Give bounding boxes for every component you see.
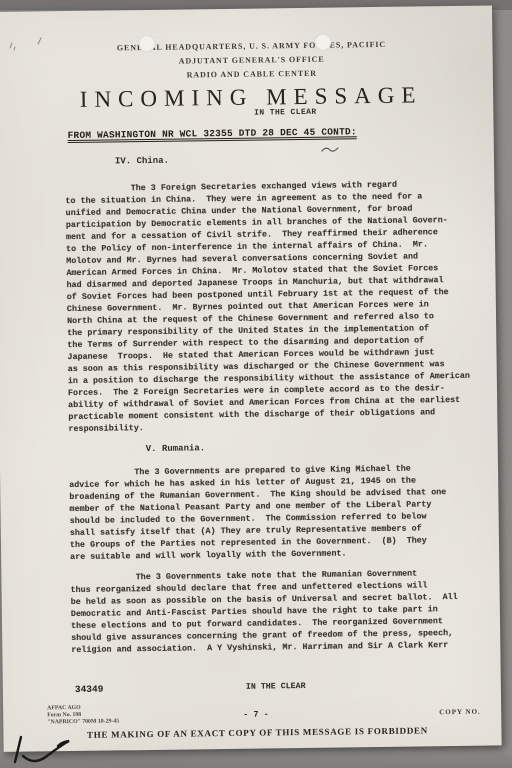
punch-hole-icon (138, 35, 155, 52)
copy-number-label: COPY NO. (439, 708, 481, 717)
section-china-paragraph: The 3 Foreign Secretaries exchanged view… (65, 178, 480, 435)
form-identification: AFPAC AGO Form No. 198 "NAPRICO" 700M 10… (47, 704, 119, 726)
message-serial-number: 34349 (75, 684, 104, 695)
letterhead: GENERAL HEADQUARTERS, U. S. ARMY FORCES,… (0, 36, 493, 85)
scanned-document: GENERAL HEADQUARTERS, U. S. ARMY FORCES,… (0, 0, 512, 768)
section-heading-rumania: V. Rumania. (146, 443, 206, 454)
section-rumania-paragraph-2: The 3 Governments take note that the Rum… (70, 567, 483, 656)
paper-sheet: GENERAL HEADQUARTERS, U. S. ARMY FORCES,… (0, 5, 502, 751)
message-origin-line: FROM WASHINGTON NR WCL 32355 DTD 28 DEC … (68, 126, 357, 143)
section-heading-china: IV. China. (115, 156, 169, 167)
section-rumania-paragraph-1: The 3 Governments are prepared to give K… (69, 462, 482, 563)
page-number: - 7 - (243, 709, 269, 719)
footer-classification-stamp: IN THE CLEAR (246, 682, 306, 692)
form-id-line-3: "NAPRICO" 700M 10-29-45 (47, 718, 119, 726)
punch-hole-icon (314, 34, 331, 51)
security-notice: THE MAKING OF AN EXACT COPY OF THIS MESS… (3, 724, 501, 741)
